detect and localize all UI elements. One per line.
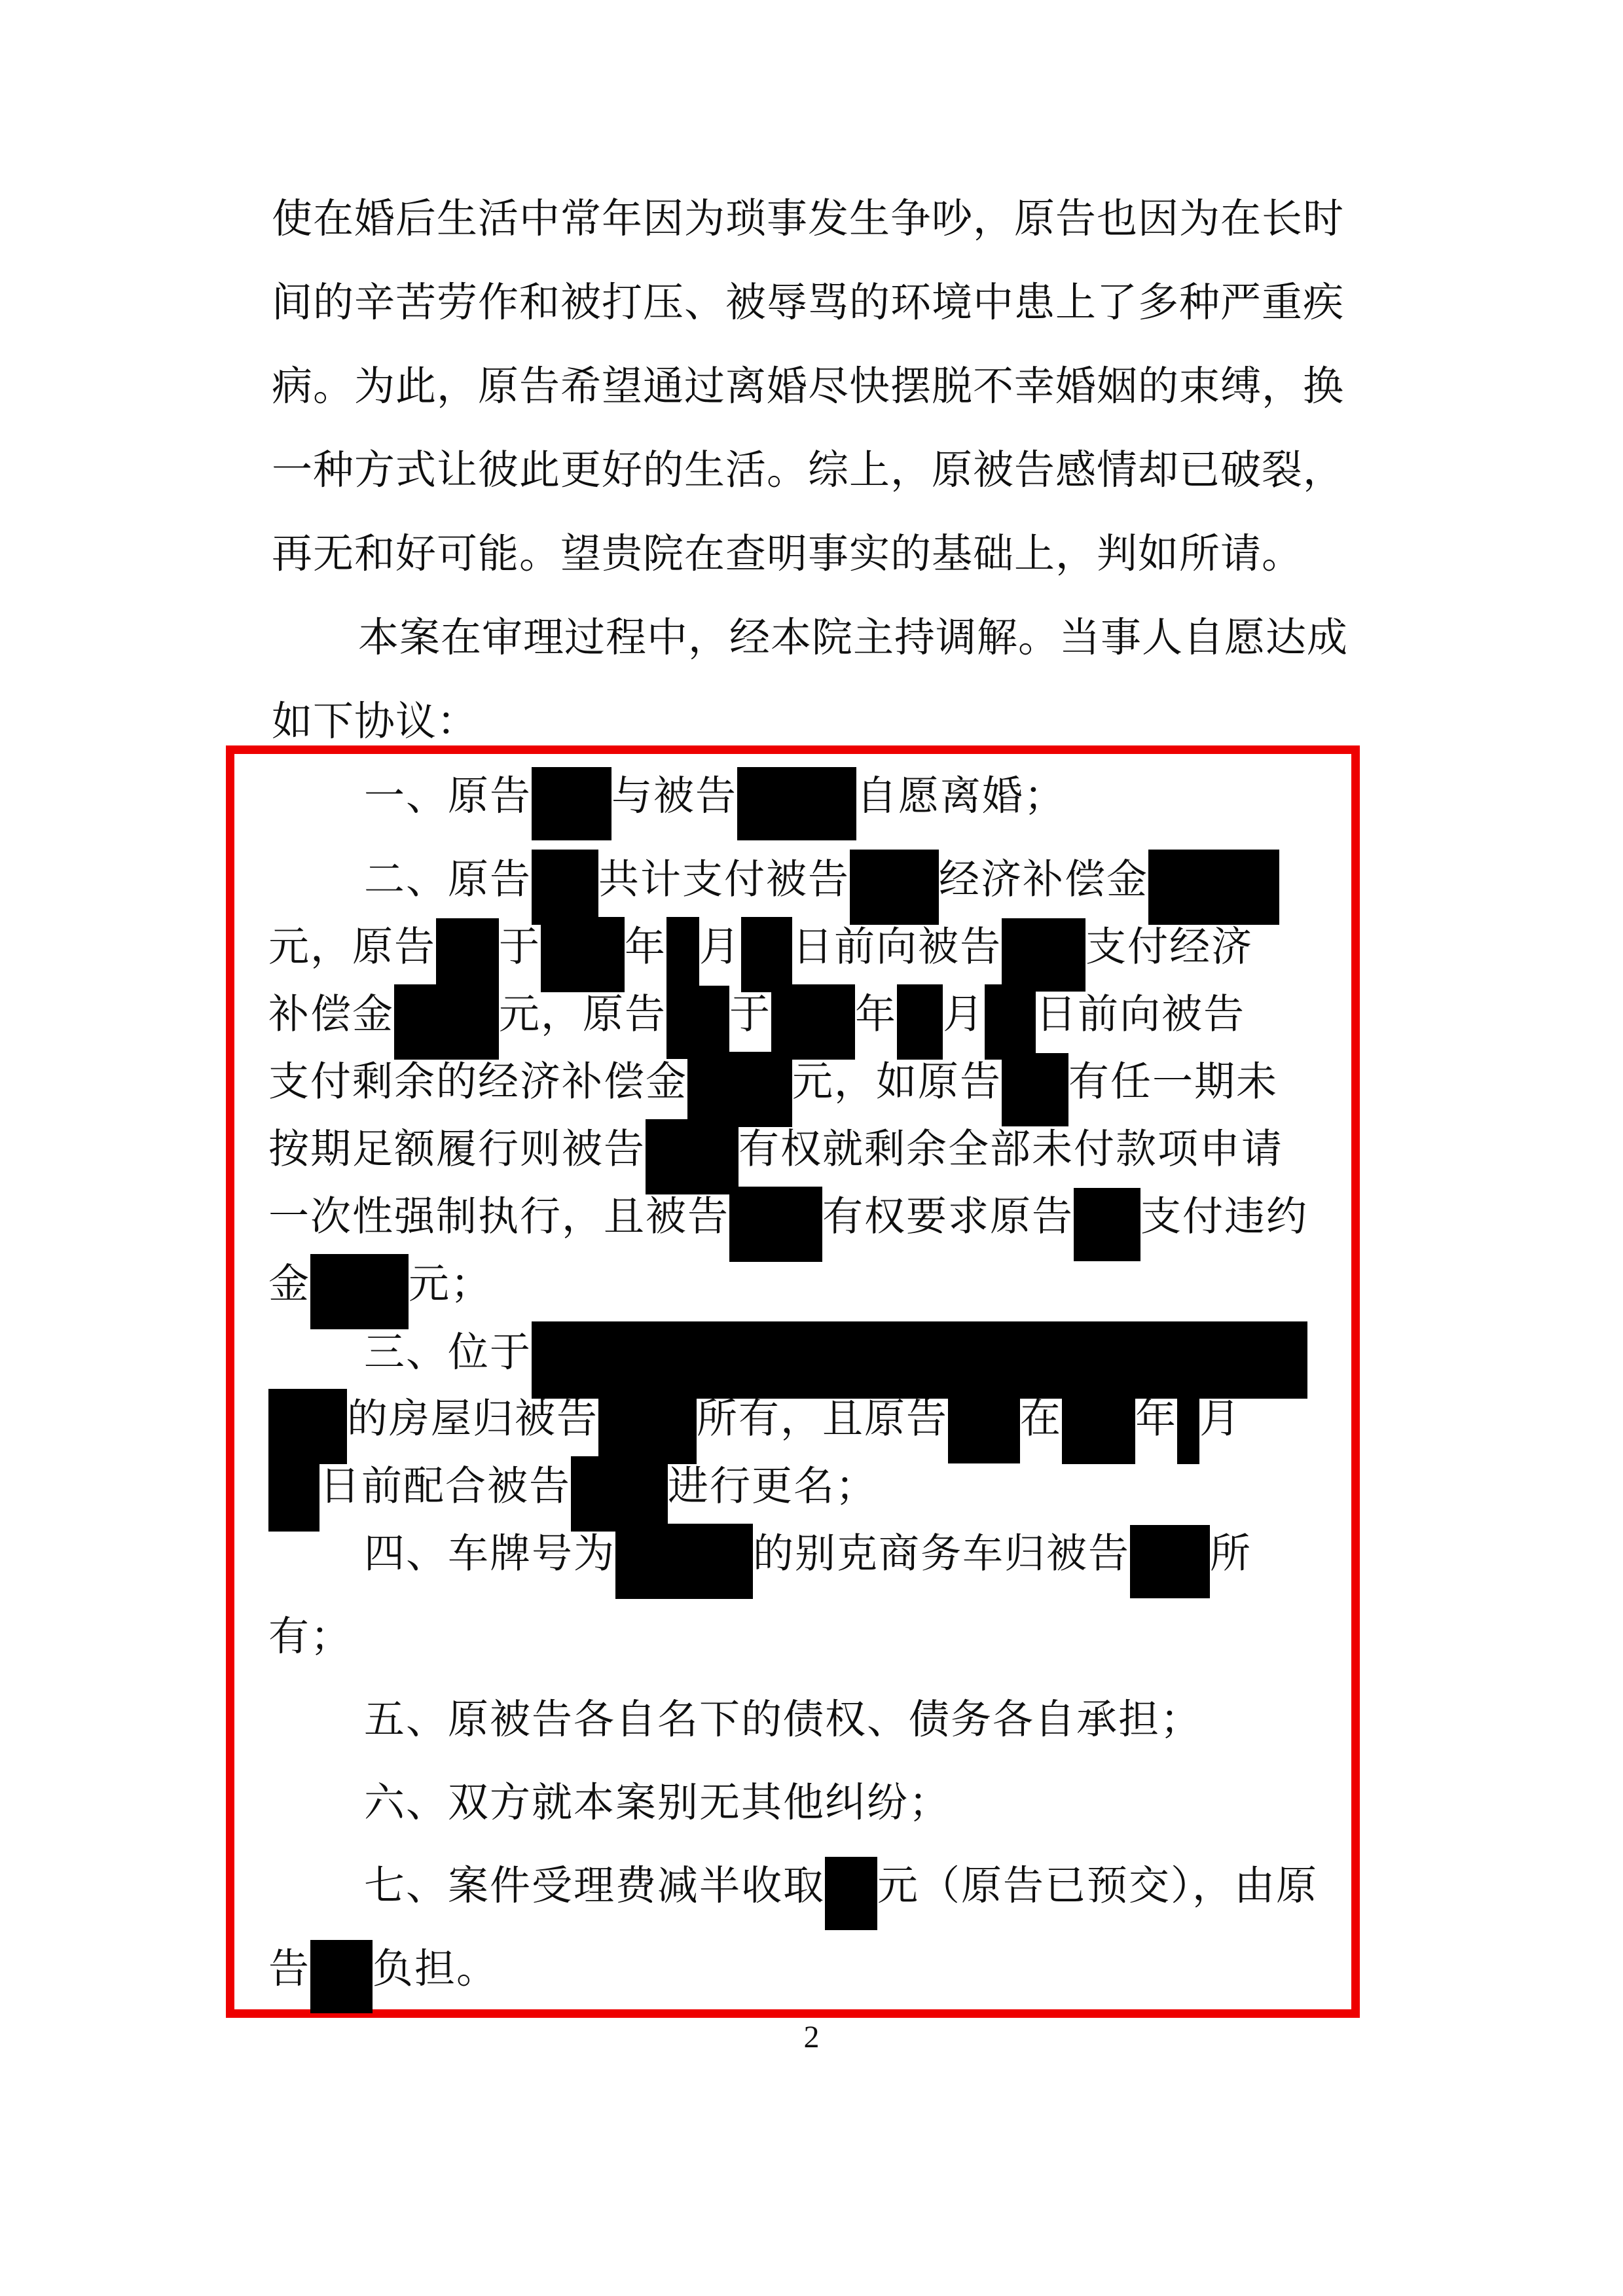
redaction-block	[310, 1940, 373, 2013]
text-run: 支付违约	[1140, 1195, 1308, 1240]
redaction-block	[666, 986, 729, 1059]
text-run: 日前配合被告	[319, 1465, 571, 1509]
redaction-block	[1074, 1188, 1140, 1261]
text-run: 本案在审理过程中，经本院主持调解。当事人自愿达成	[358, 616, 1348, 660]
text-run: 负担。	[373, 1947, 498, 1992]
text-run: 按期足额履行则被告	[268, 1128, 646, 1172]
text-run: 月	[943, 993, 985, 1037]
agreement-line: 五、原被告各自名下的债权、债务各自承担；	[268, 1687, 1332, 1754]
agreement-line: 三、位于	[268, 1318, 1332, 1386]
agreement-line: 告负担。	[268, 1936, 1332, 2003]
text-run: 间的辛苦劳作和被打压、被辱骂的环境中患上了多种严重疾	[272, 281, 1344, 325]
text-line: 使在婚后生活中常年因为琐事发生争吵，原告也因为在长时	[272, 177, 1372, 261]
redaction-block	[532, 1321, 1307, 1399]
text-run: 经济补偿金	[939, 858, 1148, 903]
page-number: 2	[0, 2019, 1623, 2055]
text-run: 支付经济	[1085, 925, 1253, 970]
text-run: 再无和好可能。望贵院在查明事实的基础上，判如所请。	[272, 532, 1303, 577]
agreement-line: 六、双方就本案别无其他纠纷；	[268, 1770, 1332, 1837]
text-run: 元（原告已预交），由原	[877, 1864, 1318, 1909]
agreement-line: 日前配合被告进行更名；	[268, 1453, 1332, 1520]
text-run: 年	[855, 993, 897, 1037]
text-run: 五、原被告各自名下的债权、债务各自承担；	[364, 1698, 1202, 1742]
redaction-block	[310, 1254, 409, 1329]
text-run: 元；	[409, 1263, 492, 1307]
text-run: 年	[1135, 1397, 1177, 1442]
text-run: 元，原告	[268, 925, 436, 970]
agreement-section: 一、原告与被告自愿离婚；二、原告共计支付被告经济补偿金元，原告于年月日前向被告支…	[268, 763, 1332, 2003]
text-run: 有权要求原告	[822, 1195, 1074, 1240]
text-run: 七、案件受理费减半收取	[364, 1864, 825, 1909]
document-page: 使在婚后生活中常年因为琐事发生争吵，原告也因为在长时间的辛苦劳作和被打压、被辱骂…	[0, 0, 1623, 2296]
text-run: 日前向被告	[792, 925, 1002, 970]
agreement-line: 一、原告与被告自愿离婚；	[268, 763, 1332, 831]
text-run: 进行更名；	[668, 1465, 877, 1509]
text-run: 有；	[268, 1615, 352, 1659]
redaction-block	[985, 984, 1036, 1060]
redaction-block	[948, 1390, 1020, 1463]
agreement-line: 二、原告共计支付被告经济补偿金	[268, 846, 1332, 914]
text-run: 自愿离婚；	[856, 774, 1066, 819]
redaction-block	[741, 917, 792, 992]
redaction-block	[1177, 1389, 1199, 1464]
agreement-line: 一次性强制执行，且被告有权要求原告支付违约	[268, 1183, 1332, 1251]
redaction-block	[1130, 1525, 1210, 1598]
redaction-block	[1002, 1053, 1068, 1126]
redaction-block	[268, 1389, 347, 1464]
redaction-block	[571, 1456, 668, 1532]
redaction-block	[615, 1524, 753, 1599]
text-run: 日前向被告	[1036, 993, 1245, 1037]
text-run: 所有，且原告	[697, 1397, 948, 1442]
redaction-block	[737, 767, 856, 840]
redaction-block	[825, 1857, 877, 1930]
text-run: 月	[699, 925, 741, 970]
text-run: 的房屋归被告	[347, 1397, 598, 1442]
redaction-block	[729, 1187, 822, 1262]
text-line: 病。为此，原告希望通过离婚尽快摆脱不幸婚姻的束缚，换	[272, 345, 1372, 429]
text-run: 一、原告	[364, 774, 532, 819]
redaction-block	[646, 1119, 739, 1194]
agreement-line: 按期足额履行则被告有权就剩余全部未付款项申请	[268, 1116, 1332, 1183]
agreement-line: 四、车牌号为的别克商务车归被告所	[268, 1520, 1332, 1588]
highlight-box: 一、原告与被告自愿离婚；二、原告共计支付被告经济补偿金元，原告于年月日前向被告支…	[226, 745, 1360, 2018]
redaction-block	[771, 984, 855, 1060]
body-paragraphs: 使在婚后生活中常年因为琐事发生争吵，原告也因为在长时间的辛苦劳作和被打压、被辱骂…	[272, 177, 1372, 764]
redaction-block	[268, 1456, 319, 1532]
text-run: 病。为此，原告希望通过离婚尽快摆脱不幸婚姻的束缚，换	[272, 365, 1344, 409]
text-line: 本案在审理过程中，经本院主持调解。当事人自愿达成	[272, 596, 1372, 680]
redaction-block	[1062, 1389, 1135, 1464]
text-run: 三、位于	[364, 1331, 532, 1375]
text-run: 六、双方就本案别无其他纠纷；	[364, 1781, 951, 1825]
redaction-block	[897, 984, 943, 1060]
redaction-block	[541, 917, 625, 992]
text-run: 四、车牌号为	[364, 1532, 615, 1577]
text-run: 有任一期未	[1068, 1060, 1278, 1105]
text-line: 间的辛苦劳作和被打压、被辱骂的环境中患上了多种严重疾	[272, 261, 1372, 345]
redaction-block	[1148, 850, 1279, 925]
redaction-block	[436, 918, 499, 992]
text-run: 于	[729, 993, 771, 1037]
redaction-block	[532, 767, 611, 840]
text-run: 支付剩余的经济补偿金	[268, 1060, 687, 1105]
text-line: 一种方式让彼此更好的生活。综上，原被告感情却已破裂，	[272, 429, 1372, 512]
text-run: 的别克商务车归被告	[753, 1532, 1130, 1577]
text-run: 使在婚后生活中常年因为琐事发生争吵，原告也因为在长时	[272, 197, 1344, 242]
text-run: 与被告	[611, 774, 737, 819]
text-run: 共计支付被告	[598, 858, 850, 903]
agreement-line: 有；	[268, 1604, 1332, 1671]
redaction-block	[394, 984, 499, 1060]
text-run: 年	[625, 925, 666, 970]
redaction-block	[532, 850, 598, 925]
text-run: 补偿金	[268, 993, 394, 1037]
text-run: 一种方式让彼此更好的生活。综上，原被告感情却已破裂，	[272, 448, 1344, 493]
text-run: 所	[1210, 1532, 1252, 1577]
agreement-line: 补偿金元，原告于年月日前向被告	[268, 981, 1332, 1049]
text-run: 元，如原告	[792, 1060, 1002, 1105]
text-run: 月	[1199, 1397, 1241, 1442]
text-run: 告	[268, 1947, 310, 1992]
text-run: 有权就剩余全部未付款项申请	[739, 1128, 1283, 1172]
agreement-line: 七、案件受理费减半收取元（原告已预交），由原	[268, 1853, 1332, 1920]
text-run: 一次性强制执行，且被告	[268, 1195, 729, 1240]
text-run: 如下协议：	[272, 700, 478, 744]
text-run: 金	[268, 1263, 310, 1307]
text-run: 二、原告	[364, 858, 532, 903]
redaction-block	[598, 1389, 697, 1464]
text-run: 于	[499, 925, 541, 970]
redaction-block	[850, 850, 939, 925]
text-line: 再无和好可能。望贵院在查明事实的基础上，判如所请。	[272, 512, 1372, 596]
text-run: 元，原告	[499, 993, 666, 1037]
redaction-block	[1002, 918, 1085, 992]
redaction-block	[666, 917, 699, 992]
text-run: 在	[1020, 1397, 1062, 1442]
redaction-block	[687, 1052, 792, 1127]
